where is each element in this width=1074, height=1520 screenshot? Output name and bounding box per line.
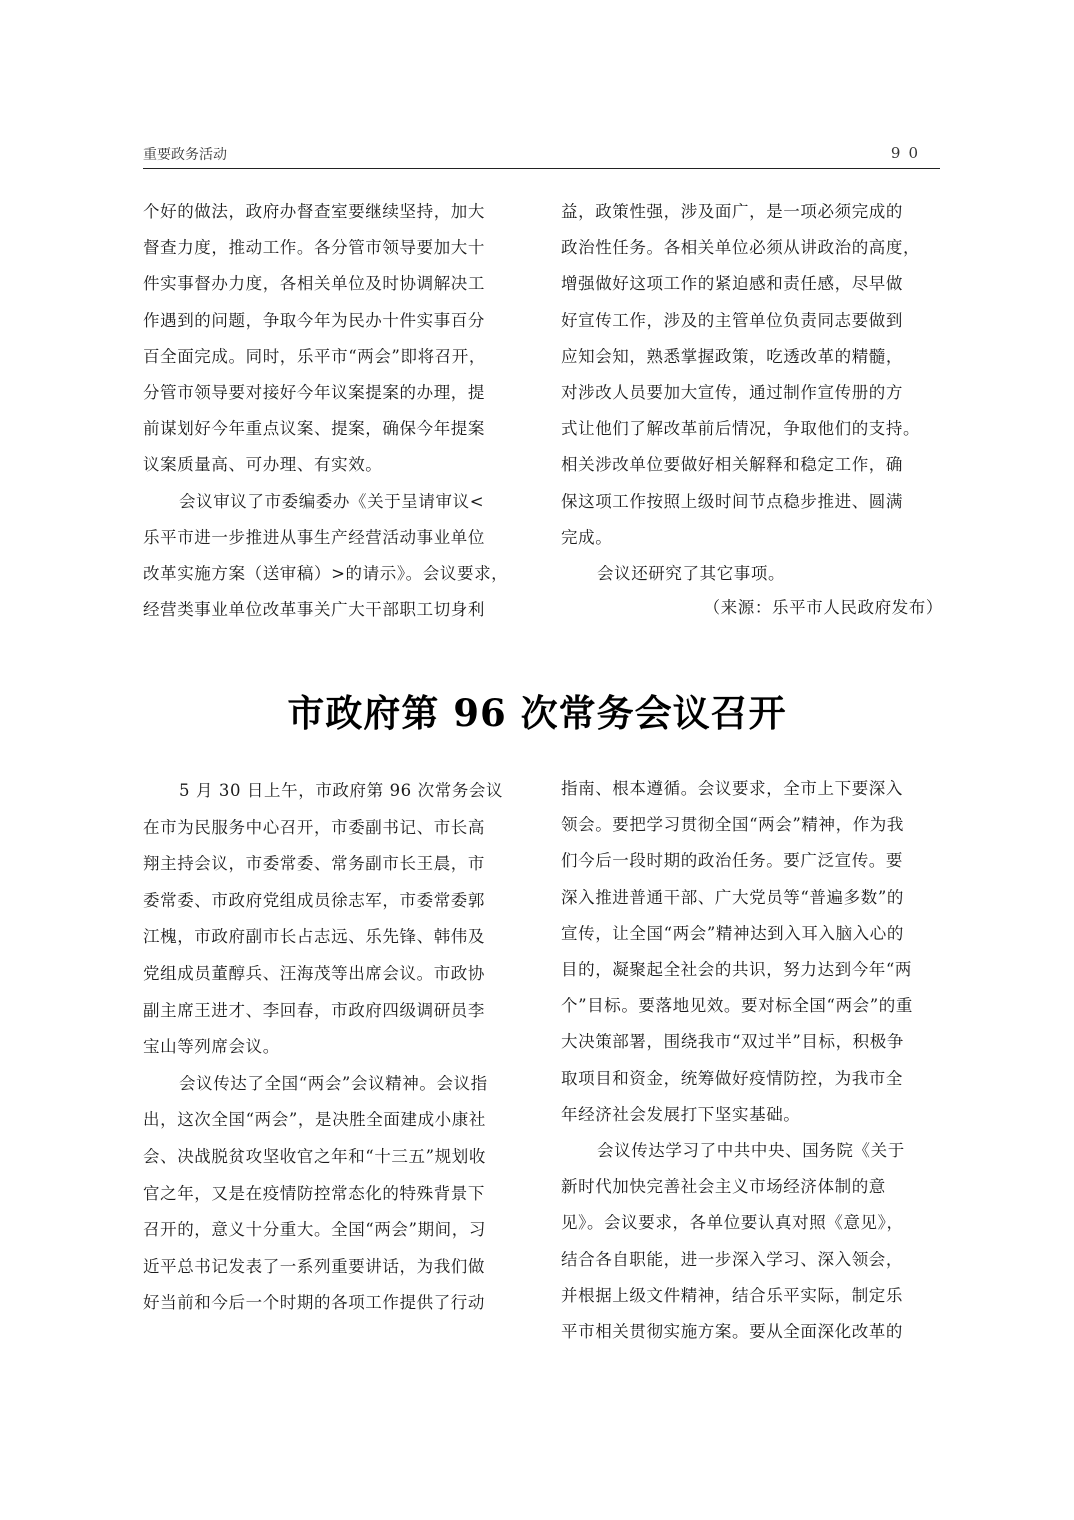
paragraph-first-line: 会议审议了市委编委办《关于呈请审议< xyxy=(143,491,484,513)
text-line: 改革实施方案（送审稿）>的请示》。会议要求， xyxy=(143,563,508,585)
text-line: 近平总书记发表了一系列重要讲话，为我们做 xyxy=(143,1256,485,1278)
text-line: 乐平市进一步推进从事生产经营活动事业单位 xyxy=(143,527,485,549)
text-line: 应知会知，熟悉掌握政策，吃透改革的精髓， xyxy=(561,346,903,368)
text-line: 见》。会议要求，各单位要认真对照《意见》， xyxy=(561,1212,904,1234)
page-number: 90 xyxy=(891,144,926,162)
text-line: 取项目和资金，统筹做好疫情防控，为我市全 xyxy=(561,1068,903,1090)
text-line: 结合各自职能，进一步深入学习、深入领会， xyxy=(561,1249,903,1271)
text-line: 个好的做法，政府办督查室要继续坚持，加大 xyxy=(143,201,485,223)
text-line: 副主席王进才、李回春，市政府四级调研员李 xyxy=(143,1000,485,1022)
text-line: 官之年，又是在疫情防控常态化的特殊背景下 xyxy=(143,1183,485,1205)
section-title: 重要政务活动 xyxy=(143,144,227,164)
text-line: 大决策部署，围绕我市“双过半”目标，积极争 xyxy=(561,1031,904,1053)
text-line: 深入推进普通干部、广大党员等“普遍多数”的 xyxy=(561,887,904,909)
text-line: 益，政策性强，涉及面广，是一项必须完成的 xyxy=(561,201,903,223)
text-line: 党组成员董醇兵、汪海茂等出席会议。市政协 xyxy=(143,963,485,985)
text-line: 指南、根本遵循。会议要求，全市上下要深入 xyxy=(561,778,903,800)
text-line: 分管市领导要对接好今年议案提案的办理，提 xyxy=(143,382,485,404)
text-line: 翔主持会议，市委常委、常务副市长王晨，市 xyxy=(143,853,485,875)
text-line: 经营类事业单位改革事关广大干部职工切身利 xyxy=(143,599,485,621)
text-line: 相关涉改单位要做好相关解释和稳定工作，确 xyxy=(561,454,903,476)
text-line: 作遇到的问题，争取今年为民办十件实事百分 xyxy=(143,310,485,332)
text-line: 对涉改人员要加大宣传，通过制作宣传册的方 xyxy=(561,382,903,404)
paragraph-first-line: 5 月 30 日上午，市政府第 96 次常务会议 xyxy=(143,780,503,802)
text-line: 议案质量高、可办理、有实效。 xyxy=(143,454,382,476)
text-line: 宣传，让全国“两会”精神达到入耳入脑入心的 xyxy=(561,923,904,945)
text-line: 江槐，市政府副市长占志远、乐先锋、韩伟及 xyxy=(143,926,485,948)
text-line: 完成。 xyxy=(561,527,612,549)
text-line: 督查力度，推动工作。各分管市领导要加大十 xyxy=(143,237,485,259)
running-header: 重要政务活动 90 xyxy=(143,140,940,169)
text-line: 保这项工作按照上级时间节点稳步推进、圆满 xyxy=(561,491,903,513)
text-line: 好当前和今后一个时期的各项工作提供了行动 xyxy=(143,1292,485,1314)
text-line: 平市相关贯彻实施方案。要从全面深化改革的 xyxy=(561,1321,903,1343)
text-line: 个”目标。要落地见效。要对标全国“两会”的重 xyxy=(561,995,913,1017)
text-line: 百全面完成。同时，乐平市“两会”即将召开， xyxy=(143,346,486,368)
paragraph-first-line: 会议传达了全国“两会”会议精神。会议指 xyxy=(143,1073,488,1095)
text-line: 们今后一段时期的政治任务。要广泛宣传。要 xyxy=(561,850,903,872)
text-line: 增强做好这项工作的紧迫感和责任感，尽早做 xyxy=(561,273,903,295)
text-line: 宝山等列席会议。 xyxy=(143,1036,280,1058)
paragraph-first-line: 会议传达学习了中共中央、国务院《关于 xyxy=(561,1140,905,1162)
text-line: 政治性任务。各相关单位必须从讲政治的高度， xyxy=(561,237,920,259)
text-line: 委常委、市政府党组成员徐志军，市委常委郭 xyxy=(143,890,485,912)
text-line: 好宣传工作，涉及的主管单位负责同志要做到 xyxy=(561,310,903,332)
source-attribution: （来源：乐平市人民政府发布） xyxy=(704,597,943,619)
text-line: 目的，凝聚起全社会的共识，努力达到今年“两 xyxy=(561,959,912,981)
text-line: 召开的，意义十分重大。全国“两会”期间，习 xyxy=(143,1219,486,1241)
text-line: 式让他们了解改革前后情况，争取他们的支持。 xyxy=(561,418,920,440)
text-line: 年经济社会发展打下坚实基础。 xyxy=(561,1104,800,1126)
text-line: 新时代加快完善社会主义市场经济体制的意 xyxy=(561,1176,886,1198)
article-title: 市政府第 96 次常务会议召开 xyxy=(0,683,1074,737)
text-line: 领会。要把学习贯彻全国“两会”精神，作为我 xyxy=(561,814,904,836)
text-line: 并根据上级文件精神，结合乐平实际，制定乐 xyxy=(561,1285,903,1307)
text-line: 会、决战脱贫攻坚收官之年和“十三五”规划收 xyxy=(143,1146,486,1168)
text-line: 出，这次全国“两会”，是决胜全面建成小康社 xyxy=(143,1109,486,1131)
paragraph-first-line: 会议还研究了其它事项。 xyxy=(561,563,785,585)
text-line: 件实事督办力度，各相关单位及时协调解决工 xyxy=(143,273,485,295)
text-line: 在市为民服务中心召开，市委副书记、市长高 xyxy=(143,817,485,839)
text-line: 前谋划好今年重点议案、提案，确保今年提案 xyxy=(143,418,485,440)
